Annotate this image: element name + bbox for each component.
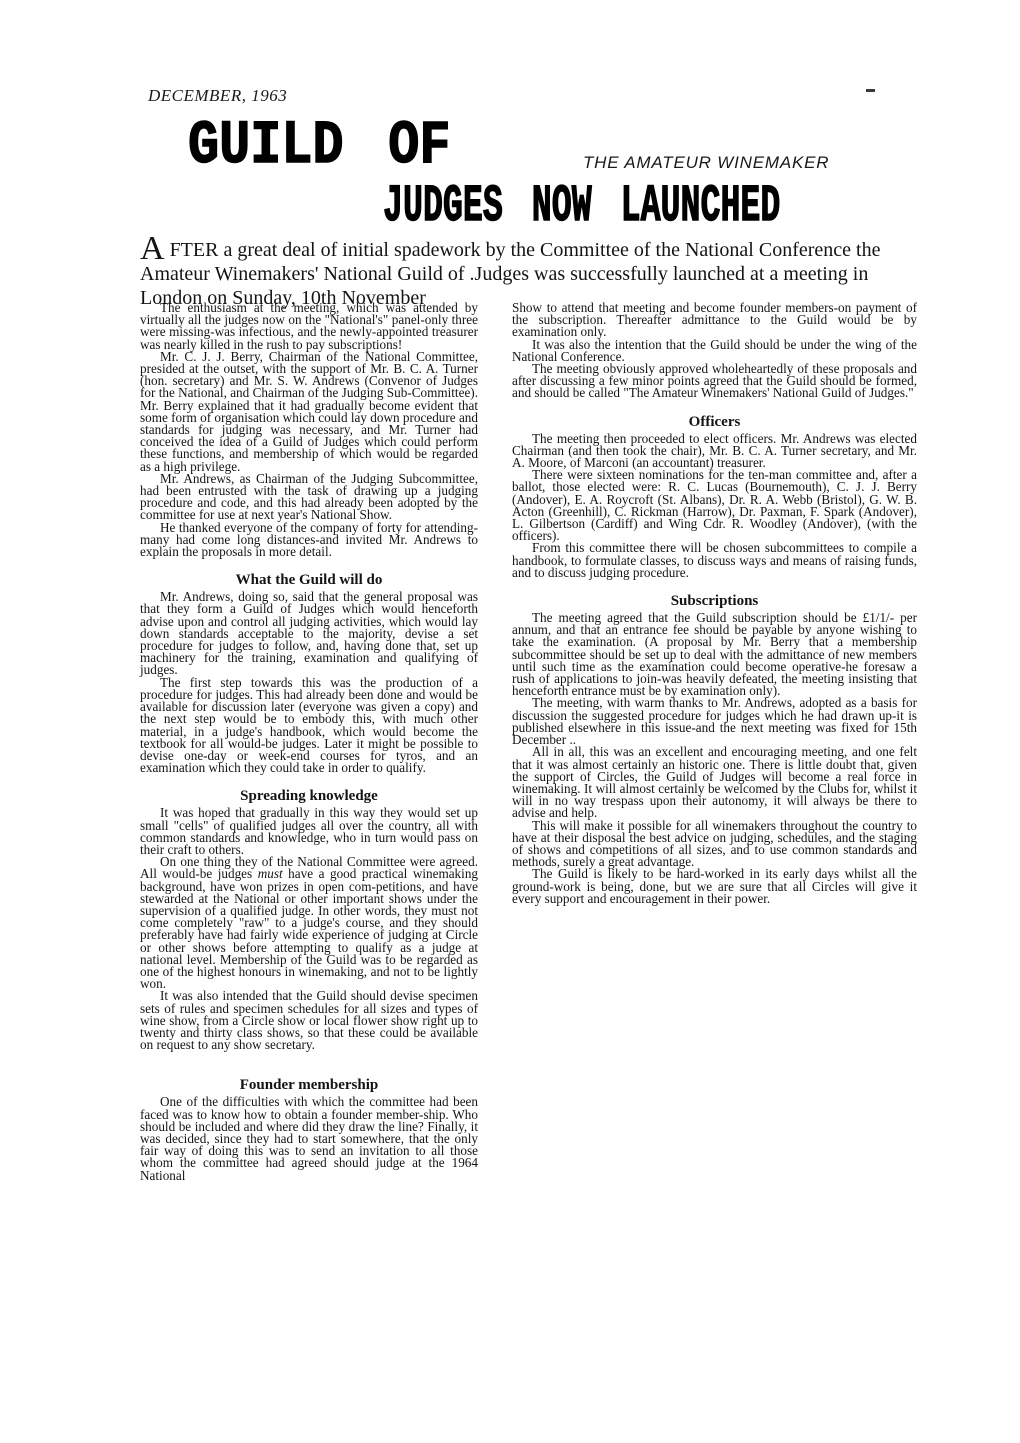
scan-artifact-mark [866,89,875,92]
paragraph-warm-thanks: The meeting, with warm thanks to Mr. And… [512,697,917,746]
section-heading-spreading-knowledge: Spreading knowledge [140,789,478,804]
paragraph-first-step: The first step towards this was the prod… [140,677,478,775]
paragraph-small-cells: It was hoped that gradually in this way … [140,807,478,856]
magazine-title: THE AMATEUR WINEMAKER [583,153,829,173]
headline-guild-of: GUILD OF [188,116,451,177]
paragraph-subcommittees: From this committee there will be chosen… [512,542,917,579]
dropcap-letter: A [140,230,165,267]
paragraph-wing-of-conference: It was also the intention that the Guild… [512,339,917,363]
paragraph-show-to-attend: Show to attend that meeting and become f… [512,302,917,339]
paragraph-text: have a good practical winemaking backgro… [140,866,478,991]
section-heading-subscriptions: Subscriptions [512,594,917,609]
paragraph-enthusiasm: The enthusiasm at the meeting, which was… [140,302,478,351]
paragraph-guild-hard-worked: The Guild is likely to be hard-worked in… [512,868,917,905]
section-heading-what-guild-will-do: What the Guild will do [140,573,478,588]
paragraph-founder-difficulties: One of the difficulties with which the c… [140,1096,478,1181]
paragraph-specimen-rules: It was also intended that the Guild shou… [140,990,478,1051]
section-heading-founder-membership: Founder membership [140,1078,478,1093]
paragraph-subscription-fee: The meeting agreed that the Guild subscr… [512,612,917,697]
left-column: The enthusiasm at the meeting, which was… [140,302,478,1182]
headline-judges-now-launched: JUDGES NOW LAUNCHED [383,181,780,233]
paragraph-sixteen-nominations: There were sixteen nominations for the t… [512,469,917,542]
paragraph-general-proposal: Mr. Andrews, doing so, said that the gen… [140,591,478,676]
magazine-page: DECEMBER, 1963 GUILD OF THE AMATEUR WINE… [0,0,1020,1443]
paragraph-andrews-subcommittee: Mr. Andrews, as Chairman of the Judging … [140,473,478,522]
issue-date: DECEMBER, 1963 [148,86,287,106]
paragraph-elect-officers: The meeting then proceeded to elect offi… [512,433,917,470]
right-column: Show to attend that meeting and become f… [512,302,917,905]
paragraph-judges-requirements: On one thing they of the National Commit… [140,856,478,990]
paragraph-best-advice: This will make it possible for all winem… [512,820,917,869]
paragraph-meeting-approved: The meeting obviously approved wholehear… [512,363,917,400]
intro-text: FTER a great deal of initial spadework b… [140,239,880,309]
paragraph-all-in-all: All in all, this was an excellent and en… [512,746,917,819]
paragraph-berry-chairman: Mr. C. J. J. Berry, Chairman of the Nati… [140,351,478,473]
paragraph-thanked-company: He thanked everyone of the company of fo… [140,522,478,559]
section-heading-officers: Officers [512,415,917,430]
